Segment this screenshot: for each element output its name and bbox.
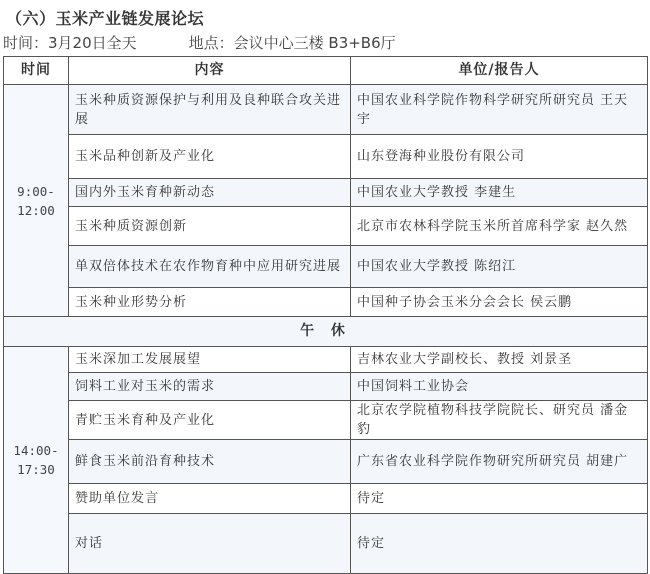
afternoon-time-end: 17:30 [10,460,62,479]
table-row: 玉米种质资源创新 北京市农林科学院玉米所首席科学家 赵久然 [4,207,648,246]
content-cell: 对话 [69,514,351,574]
unit-cell: 中国农业科学院作物科学研究所研究员 王天宇 [351,85,648,135]
morning-time-cell: 9:00- 12:00 [4,85,69,317]
unit-cell: 中国饲料工业协会 [351,373,648,401]
session-info: 时间：3月20日全天地点：会议中心三楼 B3+B6厅 [3,32,396,53]
unit-cell: 北京市农林科学院玉米所首席科学家 赵久然 [351,207,648,246]
content-cell: 玉米深加工发展展望 [69,347,351,373]
content-cell: 玉米种质资源创新 [69,207,351,246]
unit-cell: 中国农业大学教授 李建生 [351,179,648,207]
unit-cell: 广东省农业科学院作物研究所研究员 胡建广 [351,440,648,484]
unit-cell: 吉林农业大学副校长、教授 刘景圣 [351,347,648,373]
break-row: 午 休 [4,317,648,347]
content-cell: 青贮玉米育种及产业化 [69,401,351,440]
content-cell: 玉米品种创新及产业化 [69,135,351,179]
table-row: 青贮玉米育种及产业化 北京农学院植物科技学院院长、研究员 潘金豹 [4,401,648,440]
table-row: 玉米品种创新及产业化 山东登海种业股份有限公司 [4,135,648,179]
header-time: 时间 [4,57,69,85]
schedule-table: 时间 内容 单位/报告人 9:00- 12:00 玉米种质资源保护与利用及良种联… [3,56,648,574]
unit-cell: 山东登海种业股份有限公司 [351,135,648,179]
content-cell: 国内外玉米育种新动态 [69,179,351,207]
time-label: 时间：3月20日全天 [3,34,137,52]
table-row: 14:00- 17:30 玉米深加工发展展望 吉林农业大学副校长、教授 刘景圣 [4,347,648,373]
content-cell: 赞助单位发言 [69,484,351,514]
section-title: （六）玉米产业链发展论坛 [6,6,204,29]
morning-time-end: 12:00 [10,201,62,220]
header-content: 内容 [69,57,351,85]
content-cell: 玉米种业形势分析 [69,288,351,317]
content-cell: 鲜食玉米前沿育种技术 [69,440,351,484]
content-cell: 单双倍体技术在农作物育种中应用研究进展 [69,246,351,288]
table-row: 赞助单位发言 待定 [4,484,648,514]
table-row: 鲜食玉米前沿育种技术 广东省农业科学院作物研究所研究员 胡建广 [4,440,648,484]
location-label: 地点：会议中心三楼 B3+B6厅 [189,34,396,52]
table-row: 国内外玉米育种新动态 中国农业大学教授 李建生 [4,179,648,207]
header-row: 时间 内容 单位/报告人 [4,57,648,85]
table-row: 9:00- 12:00 玉米种质资源保护与利用及良种联合攻关进展 中国农业科学院… [4,85,648,135]
table-row: 对话 待定 [4,514,648,574]
table-row: 饲料工业对玉米的需求 中国饲料工业协会 [4,373,648,401]
unit-cell: 北京农学院植物科技学院院长、研究员 潘金豹 [351,401,648,440]
unit-cell: 待定 [351,484,648,514]
afternoon-time-cell: 14:00- 17:30 [4,347,69,574]
afternoon-time-start: 14:00- [10,441,62,460]
content-cell: 饲料工业对玉米的需求 [69,373,351,401]
table-row: 玉米种业形势分析 中国种子协会玉米分会会长 侯云鹏 [4,288,648,317]
morning-time-start: 9:00- [10,182,62,201]
unit-cell: 中国种子协会玉米分会会长 侯云鹏 [351,288,648,317]
unit-cell: 中国农业大学教授 陈绍江 [351,246,648,288]
content-cell: 玉米种质资源保护与利用及良种联合攻关进展 [69,85,351,135]
header-unit: 单位/报告人 [351,57,648,85]
unit-cell: 待定 [351,514,648,574]
table-row: 单双倍体技术在农作物育种中应用研究进展 中国农业大学教授 陈绍江 [4,246,648,288]
lunch-break-label: 午 休 [4,317,648,347]
